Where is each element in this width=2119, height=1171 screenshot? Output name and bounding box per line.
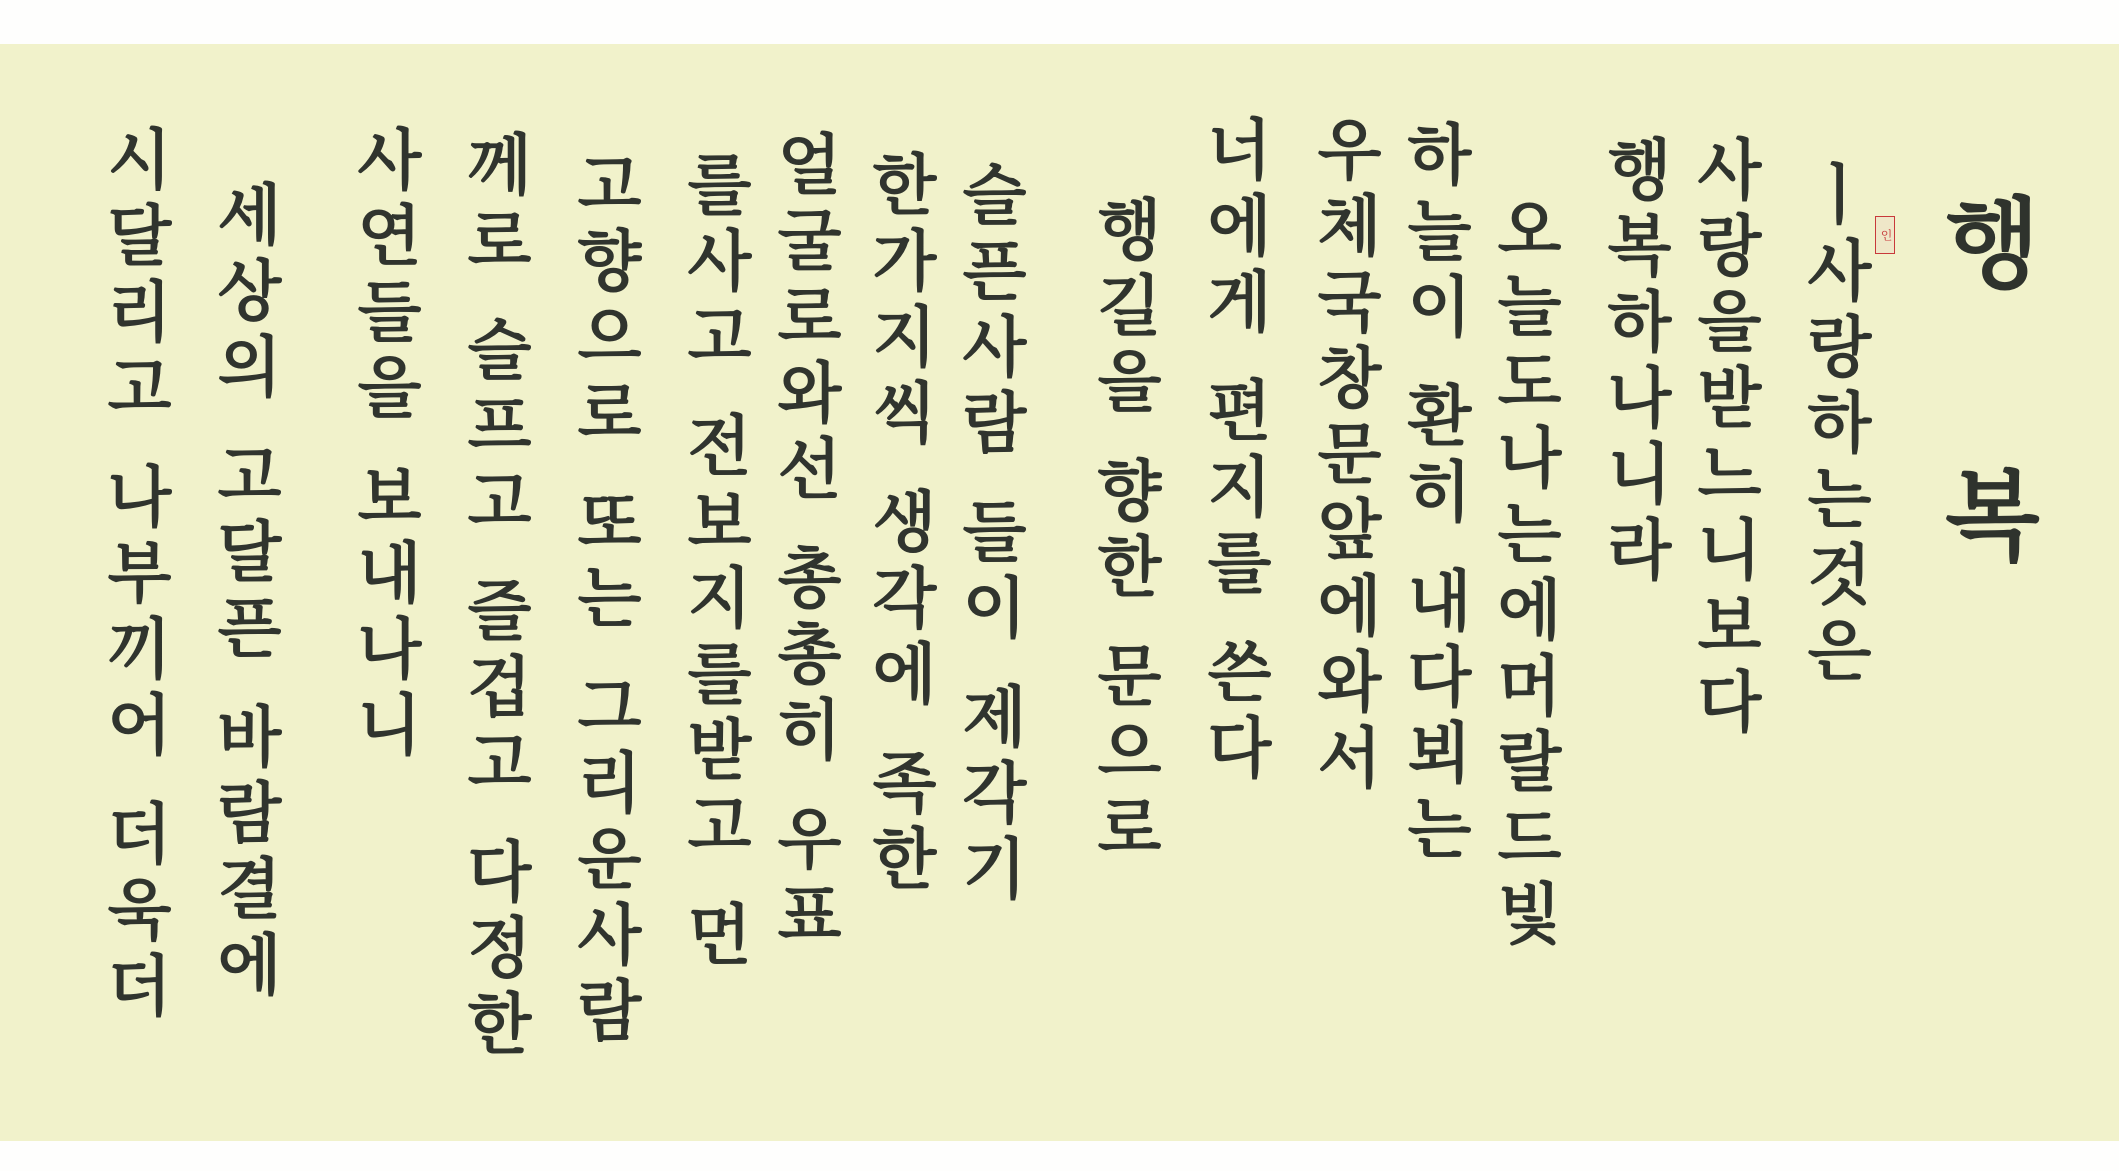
text-column-5: 하늘이 환히 내다뵈는: [1400, 120, 1466, 870]
text-column-11: 얼굴로와선 총총히 우표: [770, 130, 836, 956]
text-column-9: 슬픈사람 들이 제각기: [955, 160, 1021, 910]
text-column-8: 행길을 향한 문으로: [1090, 195, 1156, 869]
text-column-13: 고향으로 또는 그리운사람: [570, 150, 636, 1052]
text-column-4: 오늘도나는에머랄드빛: [1490, 195, 1556, 955]
text-column-15: 사연들을 보내나니: [350, 125, 416, 766]
text-column-17: 시달리고 나부끼어 더욱더: [100, 125, 166, 1027]
red-seal-stamp: 인: [1875, 216, 1895, 254]
text-column-14: 께로 슬프고 즐겁고 다정한: [460, 130, 526, 1065]
artwork-title: 행 복: [1935, 192, 2033, 632]
text-column-12: 를사고 전보지를받고 먼: [680, 150, 746, 976]
text-column-16: 세상의 고달픈 바람결에: [210, 180, 276, 1006]
text-column-7: 너에게 편지를 쓴다: [1200, 115, 1266, 789]
calligraphy-paper: 인 행 복 ㅣ사랑하는것은 사랑을받느니보다 행복하나니라 오늘도나는에머랄드빛…: [0, 44, 2119, 1141]
text-column-1: ㅣ사랑하는것은: [1800, 160, 1866, 692]
text-column-2: 사랑을받느니보다: [1690, 135, 1756, 743]
calligraphy-sheet: 인 행 복 ㅣ사랑하는것은 사랑을받느니보다 행복하나니라 오늘도나는에머랄드빛…: [0, 44, 2119, 1141]
text-column-6: 우체국창문앞에와서: [1310, 115, 1376, 799]
text-column-3: 행복하나니라: [1600, 135, 1666, 591]
text-column-10: 한가지씩 생각에 족한: [865, 150, 931, 900]
